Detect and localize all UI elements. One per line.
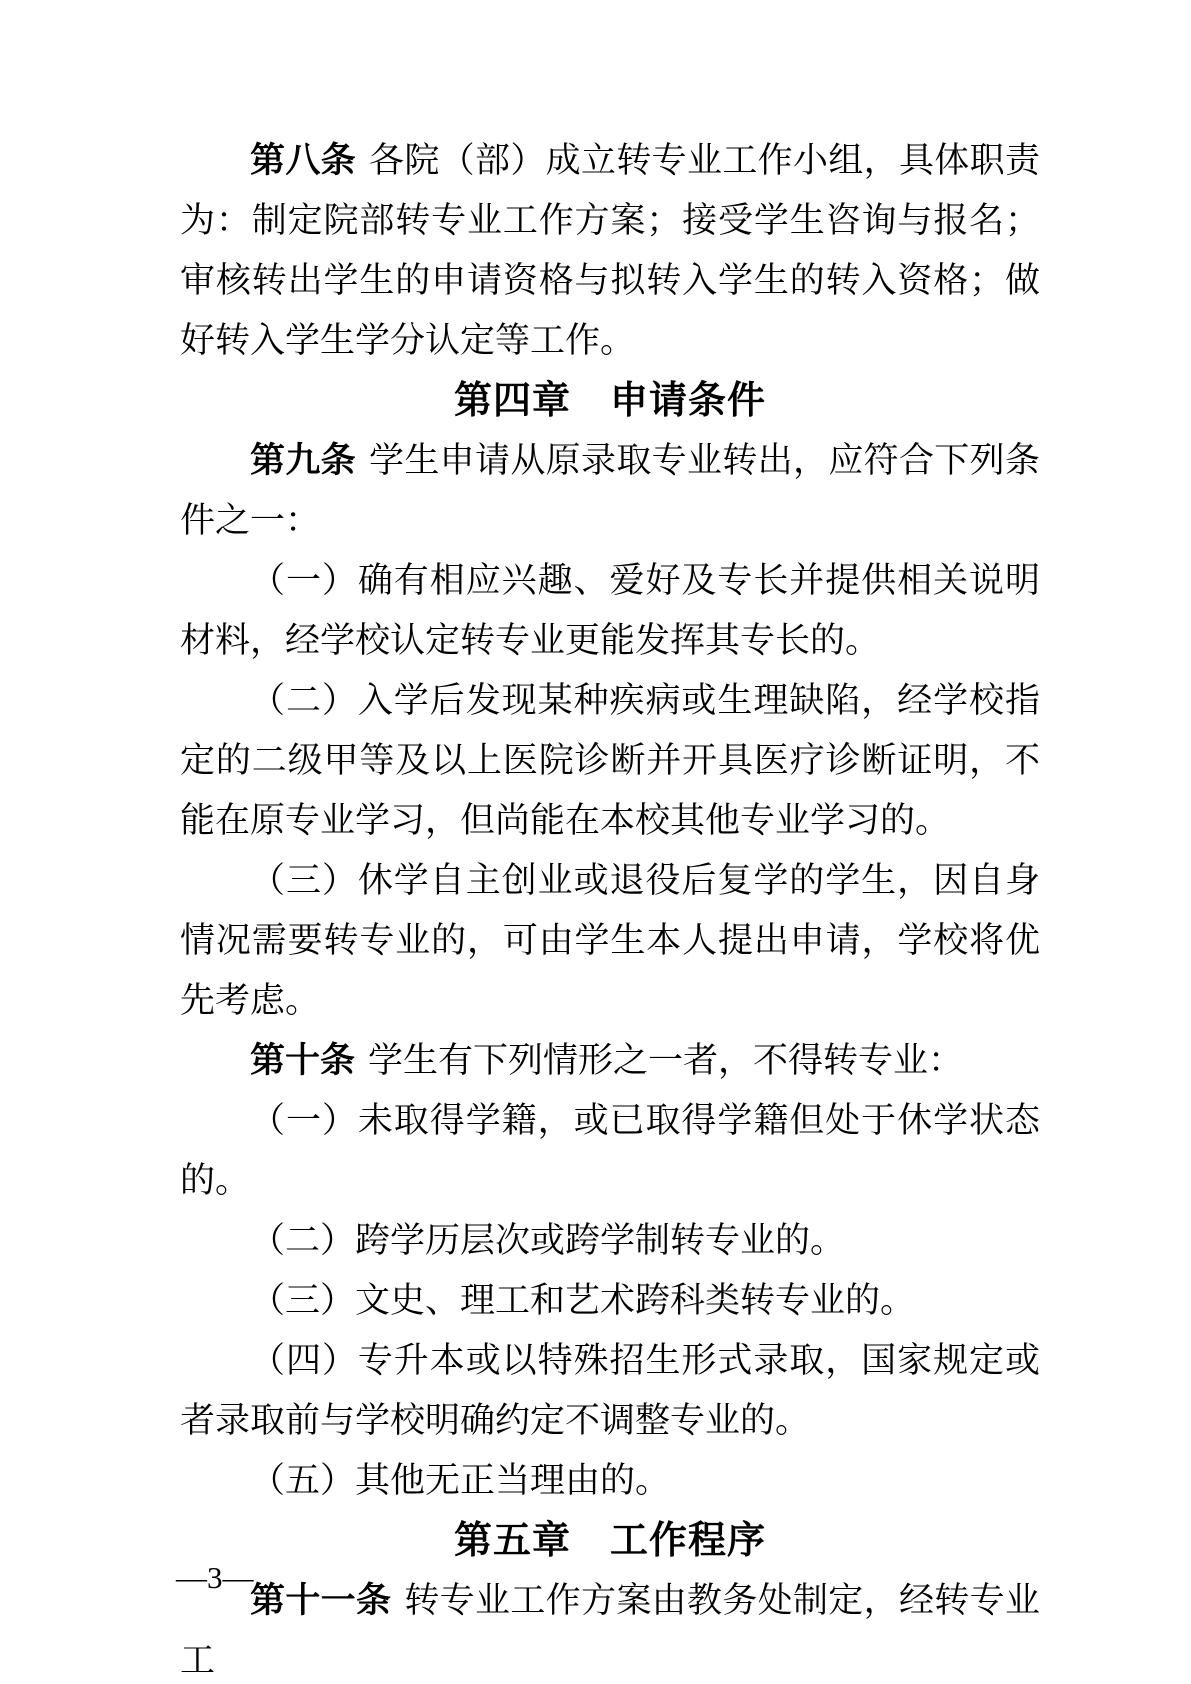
document-page: 第八条各院（部）成立转专业工作小组，具体职责为：制定院部转专业工作方案；接受学生… [0,0,1191,1684]
article-10-item-2: （二）跨学历层次或跨学制转专业的。 [180,1211,1040,1271]
article-9-item-2: （二）入学后发现某种疾病或生理缺陷，经学校指定的二级甲等及以上医院诊断并开具医疗… [180,671,1040,851]
article-10-item-1: （一）未取得学籍，或已取得学籍但处于休学状态的。 [180,1091,1040,1211]
article-number-label: 第十条 [250,1041,355,1080]
article-10-paragraph: 第十条学生有下列情形之一者，不得转专业： [180,1031,1040,1091]
article-11-paragraph: 第十一条转专业工作方案由教务处制定，经转专业工 [180,1571,1040,1684]
document-body: 第八条各院（部）成立转专业工作小组，具体职责为：制定院部转专业工作方案；接受学生… [180,131,1040,1684]
article-number-label: 第十一条 [250,1581,391,1620]
item-text: （三）休学自主创业或退役后复学的学生，因自身情况需要转专业的，可由学生本人提出申… [180,861,1040,1020]
article-10-item-4: （四）专升本或以特殊招生形式录取，国家规定或者录取前与学校明确约定不调整专业的。 [180,1331,1040,1451]
page-number: —3— [176,1558,254,1598]
article-number-label: 第八条 [250,141,356,180]
item-text: （二）跨学历层次或跨学制转专业的。 [250,1221,845,1260]
item-text: （二）入学后发现某种疾病或生理缺陷，经学校指定的二级甲等及以上医院诊断并开具医疗… [180,681,1040,840]
article-10-item-5: （五）其他无正当理由的。 [180,1451,1040,1511]
article-9-item-3: （三）休学自主创业或退役后复学的学生，因自身情况需要转专业的，可由学生本人提出申… [180,851,1040,1031]
article-8-paragraph: 第八条各院（部）成立转专业工作小组，具体职责为：制定院部转专业工作方案；接受学生… [180,131,1040,371]
item-text: （三）文史、理工和艺术跨科类转专业的。 [250,1281,915,1320]
article-9-paragraph: 第九条学生申请从原录取专业转出，应符合下列条件之一： [180,431,1040,551]
item-text: （五）其他无正当理由的。 [250,1461,670,1500]
item-text: （四）专升本或以特殊招生形式录取，国家规定或者录取前与学校明确约定不调整专业的。 [180,1341,1040,1440]
chapter-5-heading: 第五章 工作程序 [180,1511,1040,1571]
article-9-item-1: （一）确有相应兴趣、爱好及专长并提供相关说明材料，经学校认定转专业更能发挥其专长… [180,551,1040,671]
article-10-item-3: （三）文史、理工和艺术跨科类转专业的。 [180,1271,1040,1331]
article-text: 学生有下列情形之一者，不得转专业： [368,1041,963,1080]
article-number-label: 第九条 [250,441,356,480]
chapter-4-heading: 第四章 申请条件 [180,371,1040,431]
item-text: （一）确有相应兴趣、爱好及专长并提供相关说明材料，经学校认定转专业更能发挥其专长… [180,561,1040,660]
item-text: （一）未取得学籍，或已取得学籍但处于休学状态的。 [180,1101,1040,1200]
